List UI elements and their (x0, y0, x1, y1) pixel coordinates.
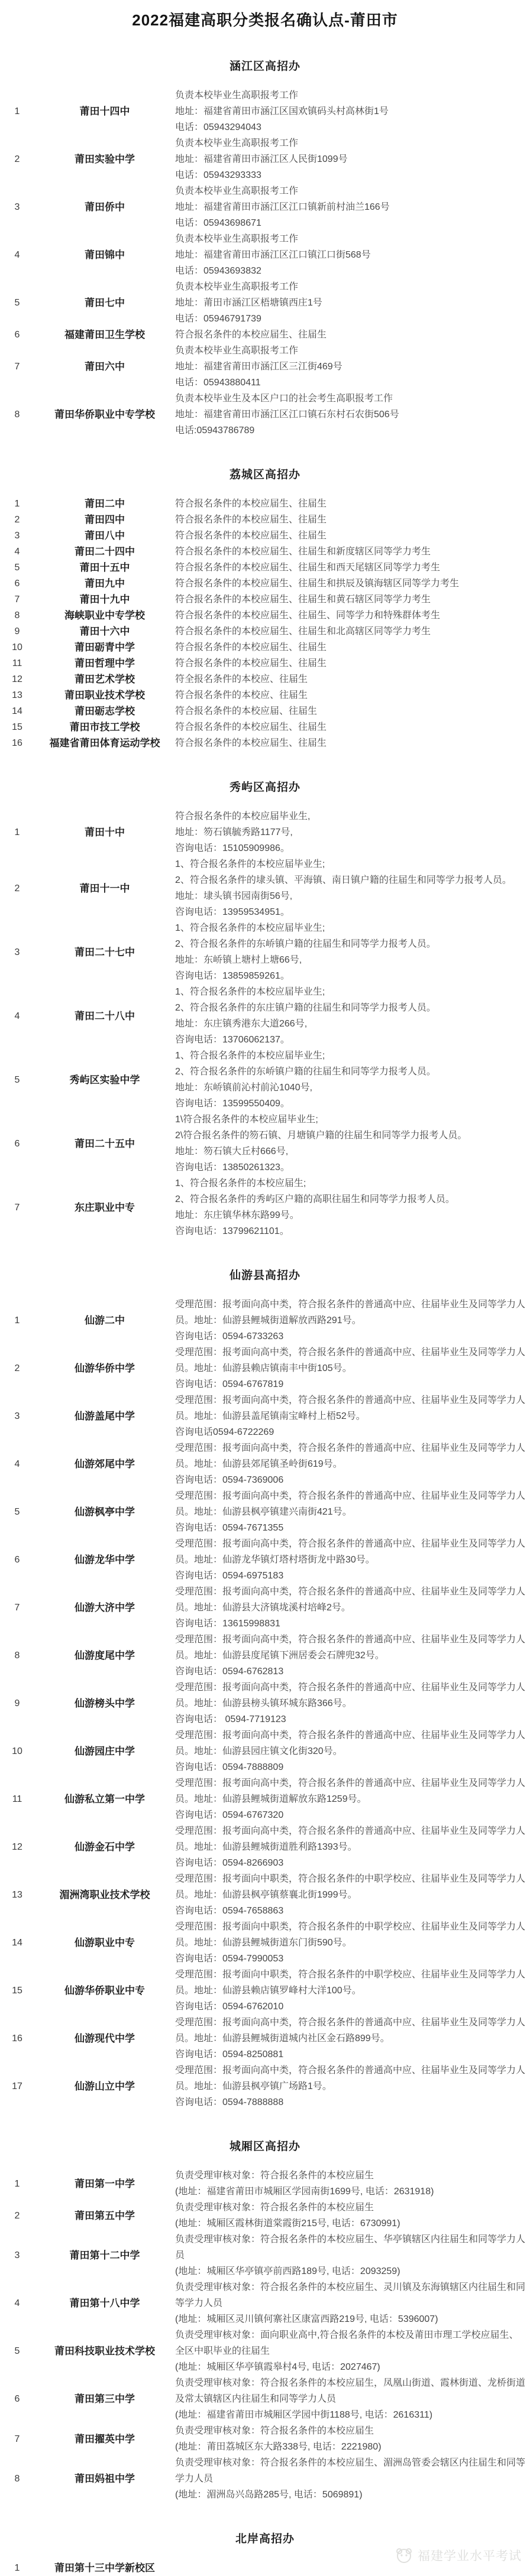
school-name: 莆田十五中 (34, 560, 175, 575)
row-number: 2 (0, 2208, 34, 2224)
table-row: 7莆田擢英中学负责受理审核对象：符合报名条件的本校应届生 (地址：莆田荔城区东大… (0, 2423, 530, 2455)
row-number: 4 (0, 1008, 34, 1024)
row-details: 符合报名条件的本校应届生、往届生 (175, 528, 530, 544)
row-details: 受理范围：报考面向高中类，符合报名条件的普通高中应、往届毕业生及同等学力人员。地… (175, 1536, 530, 1584)
row-details: 符合报名条件的本校应届生、往届生 (175, 512, 530, 528)
detail-line: 咨询电话：13959534951。 (175, 904, 525, 920)
detail-line: 1\符合报名条件的本校应届毕业生; (175, 1112, 525, 1128)
school-name: 莆田第十三中学新校区 (34, 2561, 175, 2575)
table-row: 1莆田十中符合报名条件的本校应届毕业生,地址：笏石镇毓秀路1177号,咨询电话：… (0, 808, 530, 856)
detail-line: 受理范围：报考面向高中类，符合报名条件的普通高中应、往届毕业生及同等学力人员。地… (175, 2015, 525, 2046)
row-number: 2 (0, 881, 34, 896)
school-name: 莆田华侨职业中专学校 (34, 407, 175, 422)
row-details: 受理范围：报考面向中职类，符合报名条件的中职学校应、往届毕业生及同等学力人员。地… (175, 1871, 530, 1919)
row-number: 7 (0, 1600, 34, 1616)
detail-line: 地址：福建省莆田市涵江区江口镇江口街568号 (175, 247, 525, 263)
row-number: 5 (0, 295, 34, 311)
detail-line: 咨询电话：0594-6975183 (175, 1568, 525, 1584)
detail-line: 受理范围：报考面向高中类，符合报名条件的普通高中应、往届毕业生及同等学力人员。地… (175, 1632, 525, 1664)
detail-line: 符合报名条件的本校应届生、往届生 (175, 512, 525, 528)
school-name: 莆田九中 (34, 576, 175, 591)
detail-line: 地址：笏石镇毓秀路1177号, (175, 824, 525, 840)
row-details: 负责本校毕业生及本区户口的社会考生高职报考工作地址：福建省莆田市涵江区江口镇石东… (175, 391, 530, 438)
row-details: 符合报名条件的本校应届生、往届生和北高辖区同等学力考生 (175, 623, 530, 639)
row-details: 负责本校毕业生高职报考工作地址：福建省莆田市涵江区人民街1099号电话：0594… (175, 135, 530, 183)
table-row: 5秀屿区实验中学1、符合报名条件的本校应届毕业生;2、符合报名条件的东峤镇户籍的… (0, 1048, 530, 1112)
table-row: 3莆田二十七中1、符合报名条件的本校应届毕业生;2、符合报名条件的东峤镇户籍的往… (0, 920, 530, 984)
detail-line: 符合报名条件的本校应届生、往届生和新度辖区同等学力考生 (175, 544, 525, 560)
detail-line: 符合报名条件的本校应届生、往届生、同等学力和特殊群体考生 (175, 608, 525, 623)
school-name: 仙游度尾中学 (34, 1648, 175, 1663)
table-row: 6莆田第三中学负责受理审核对象：符合报名条件的本校应届生，凤凰山街道、霞林街道、… (0, 2375, 530, 2423)
table-row: 13湄洲湾职业技术学校受理范围：报考面向中职类，符合报名条件的中职学校应、往届毕… (0, 1871, 530, 1919)
table-row: 3仙游盖尾中学受理范围：报考面向高中类，符合报名条件的普通高中应、往届毕业生及同… (0, 1392, 530, 1440)
row-number: 4 (0, 1456, 34, 1472)
table-row: 14莆田砺志学校符合报名条件的本校应届、往届生 (0, 703, 530, 719)
detail-line: 咨询电话：0594-8266903 (175, 1855, 525, 1871)
row-number: 6 (0, 1552, 34, 1568)
school-name: 莆田二十四中 (34, 544, 175, 559)
row-number: 17 (0, 2078, 34, 2094)
detail-line: (地址：城厢区华亭镇霞皋村4号, 电话：2027467) (175, 2359, 525, 2375)
school-name: 仙游私立第一中学 (34, 1792, 175, 1807)
row-number: 6 (0, 576, 34, 592)
school-name: 仙游二中 (34, 1313, 175, 1328)
table-row: 4莆田第十八中学负责受理审核对象：符合报名条件的本校应届生、灵川镇及东海镇辖区内… (0, 2279, 530, 2327)
row-details: 符合报名条件的本校应届生、往届生 (175, 719, 530, 735)
row-number: 1 (0, 2560, 34, 2576)
school-name: 仙游大济中学 (34, 1600, 175, 1615)
table-row: 15仙游华侨职业中专受理范围：报考面向中职类，符合报名条件的中职学校应、往届毕业… (0, 1967, 530, 2015)
detail-line: 地址：福建省莆田市涵江区江口镇石东村石农街506号 (175, 407, 525, 423)
row-details: 受理范围：报考面向高中类，符合报名条件的普通高中应、往届毕业生及同等学力人员。地… (175, 1680, 530, 1727)
row-details: 负责受理审核对象：符合报名条件的本校应届生 (地址：城厢区霞林街道棠霞街215号… (175, 2200, 530, 2231)
detail-line: 2\符合报名条件的笏石镇、月塘镇户籍的往届生和同等学力报考人员。 (175, 1128, 525, 1144)
detail-line: 地址：笏石镇大丘村666号, (175, 1144, 525, 1159)
row-number: 1 (0, 824, 34, 840)
table-row: 3莆田第十二中学负责受理审核对象：符合报名条件的本校应届生、华亭镇辖区内往届生和… (0, 2231, 530, 2279)
row-number: 1 (0, 2176, 34, 2192)
row-details: 1、符合报名条件的本校应届毕业生;2、符合报名条件的埭头镇、平海镇、南日镇户籍的… (175, 856, 530, 920)
detail-line: 符合报名条件的本校应届生、往届生和黄石辖区同等学力考生 (175, 592, 525, 608)
table-row: 16福建省莆田体育运动学校符合报名条件的本校应届生、往届生 (0, 735, 530, 751)
table-row: 12仙游金石中学受理范围：报考面向高中类，符合报名条件的普通高中应、往届毕业生及… (0, 1823, 530, 1871)
detail-line: 负责本校毕业生高职报考工作 (175, 135, 525, 151)
row-number: 1 (0, 496, 34, 512)
row-details: 负责受理审核对象：符合报名条件的本校应届生、灵川镇及东海镇辖区内往届生和同等学力… (175, 2279, 530, 2327)
detail-line: 受理范围：报考面向中职类，符合报名条件的中职学校应、往届毕业生及同等学力人员。地… (175, 1919, 525, 1951)
school-name: 莆田二十七中 (34, 945, 175, 960)
school-name: 莆田哲理中学 (34, 656, 175, 671)
row-number: 3 (0, 199, 34, 215)
row-number: 8 (0, 608, 34, 623)
detail-line: 咨询电话：0594-7888888 (175, 2094, 525, 2110)
detail-line: 符合报名条件的本校应届生、往届生 (175, 528, 525, 544)
table-row: 8莆田华侨职业中专学校负责本校毕业生及本区户口的社会考生高职报考工作地址：福建省… (0, 391, 530, 438)
row-number: 15 (0, 1983, 34, 1999)
panda-logo-icon (394, 2545, 414, 2565)
row-details: 负责受理审核对象：符合报名条件的本校应届生 (地址：福建省莆田市城厢区学园南街1… (175, 2168, 530, 2200)
table-row: 5莆田科技职业技术学校负责受理审核对象：面向职业高中,符合报名条件的本校及莆田市… (0, 2327, 530, 2375)
detail-line: (地址：城厢区灵川镇何寨社区康富西路219号, 电话：5396007) (175, 2311, 525, 2327)
table-row: 16仙游现代中学受理范围：报考面向高中类，符合报名条件的普通高中应、往届毕业生及… (0, 2015, 530, 2062)
row-number: 3 (0, 1408, 34, 1424)
row-details: 符合报名条件的本校应届生、往届生和拱辰及镇海辖区同等学力考生 (175, 576, 530, 592)
school-name: 莆田第一中学 (34, 2177, 175, 2191)
school-name: 莆田十四中 (34, 104, 175, 119)
detail-line: 咨询电话：13799621101。 (175, 1223, 525, 1239)
table-row: 5莆田十五中符合报名条件的本校应届生、往届生和西天尾辖区同等学力考生 (0, 560, 530, 576)
row-number: 3 (0, 2247, 34, 2263)
school-name: 莆田十六中 (34, 624, 175, 639)
row-details: 受理范围：报考面向高中类，符合报名条件的普通高中应、往届毕业生及同等学力人员。地… (175, 1823, 530, 1871)
row-number: 13 (0, 687, 34, 703)
row-details: 受理范围：报考面向高中类，符合报名条件的普通高中应、往届毕业生及同等学力人员。地… (175, 1727, 530, 1775)
row-number: 5 (0, 1072, 34, 1088)
table-row: 8仙游度尾中学受理范围：报考面向高中类，符合报名条件的普通高中应、往届毕业生及同… (0, 1632, 530, 1680)
row-number: 6 (0, 2391, 34, 2407)
detail-line: 电话：05943293333 (175, 167, 525, 183)
table-row: 5仙游枫亭中学受理范围：报考面向高中类，符合报名条件的普通高中应、往届毕业生及同… (0, 1488, 530, 1536)
table-row: 11莆田哲理中学符合报名条件的本校应届生、往届生 (0, 655, 530, 671)
detail-line: 咨询电话：0594-7658863 (175, 1903, 525, 1919)
school-name: 莆田第十八中学 (34, 2296, 175, 2311)
row-details: 受理范围：报考面向高中类，符合报名条件的普通高中应、往届毕业生及同等学力人员。地… (175, 1392, 530, 1440)
row-details: 受理范围：报考面向高中类，符合报名条件的普通高中应、往届毕业生及同等学力人员。地… (175, 1632, 530, 1680)
table-row: 12莆田艺术学校符全报名条件的本校应、往届生 (0, 671, 530, 687)
detail-line: (地址：莆田荔城区东大路338号, 电话：2221980) (175, 2439, 525, 2455)
school-name: 莆田实验中学 (34, 152, 175, 167)
sections-container: 涵江区高招办1莆田十四中负责本校毕业生高职报考工作地址：福建省莆田市涵江区国欢镇… (0, 57, 530, 2576)
detail-line: 咨询电话： 0594-7719123 (175, 1711, 525, 1727)
table-row: 4莆田二十八中1、符合报名条件的本校应届毕业生;2、符合报名条件的东庄镇户籍的往… (0, 984, 530, 1048)
row-number: 16 (0, 2031, 34, 2046)
table-row: 1莆田十四中负责本校毕业生高职报考工作地址：福建省莆田市涵江区国欢镇码头村高林街… (0, 87, 530, 135)
detail-line: 受理范围：报考面向高中类，符合报名条件的普通高中应、往届毕业生及同等学力人员。地… (175, 1680, 525, 1711)
school-name: 莆田砺青中学 (34, 640, 175, 655)
row-number: 10 (0, 1743, 34, 1759)
detail-line: 地址：东庄镇华林东路99号。 (175, 1207, 525, 1223)
detail-line: 受理范围：报考面向中职类，符合报名条件的中职学校应、往届毕业生及同等学力人员。地… (175, 1871, 525, 1903)
watermark: 福建学业水平考试 (394, 2545, 522, 2565)
detail-line: 负责本校毕业生高职报考工作 (175, 87, 525, 103)
row-number: 15 (0, 719, 34, 735)
row-number: 9 (0, 1695, 34, 1711)
detail-line: 咨询电话：0594-6733263 (175, 1328, 525, 1344)
table-row: 1莆田第一中学负责受理审核对象：符合报名条件的本校应届生 (地址：福建省莆田市城… (0, 2168, 530, 2200)
detail-line: 2、符合报名条件的秀屿区户籍的高职往届生和同等学力报考人员。 (175, 1191, 525, 1207)
detail-line: 负责本校毕业生及本区户口的社会考生高职报考工作 (175, 391, 525, 407)
row-details: 受理范围：报考面向高中类，符合报名条件的普通高中应、往届毕业生及同等学力人员。地… (175, 1584, 530, 1632)
detail-line: 符合报名条件的本校应届生、往届生和西天尾辖区同等学力考生 (175, 560, 525, 576)
detail-line: 2、符合报名条件的埭头镇、平海镇、南日镇户籍的往届生和同等学力报考人员。 (175, 872, 525, 888)
detail-line: 符全报名条件的本校应、往届生 (175, 671, 525, 687)
detail-line: 受理范围：报考面向高中类，符合报名条件的普通高中应、往届毕业生及同等学力人员。地… (175, 1297, 525, 1328)
detail-line: 受理范围：报考面向高中类，符合报名条件的普通高中应、往届毕业生及同等学力人员。地… (175, 2062, 525, 2094)
detail-line: 负责本校毕业生高职报考工作 (175, 183, 525, 199)
detail-line: 符合报名条件的本校应届毕业生, (175, 808, 525, 824)
detail-line: 受理范围：报考面向高中类，符合报名条件的普通高中应、往届毕业生及同等学力人员。地… (175, 1440, 525, 1472)
school-name: 莆田市技工学校 (34, 720, 175, 735)
table-row: 14仙游职业中专受理范围：报考面向中职类，符合报名条件的中职学校应、往届毕业生及… (0, 1919, 530, 1967)
detail-line: 符合报名条件的本校应届生、往届生 (175, 327, 525, 343)
detail-line: 地址：福建省莆田市涵江区江口镇新前村油兰166号 (175, 199, 525, 215)
table-row: 17仙游山立中学受理范围：报考面向高中类，符合报名条件的普通高中应、往届毕业生及… (0, 2062, 530, 2110)
detail-line: (地址：福建省莆田市城厢区学园南街1699号, 电话：2631918) (175, 2184, 525, 2200)
table-row: 8海峡职业中专学校符合报名条件的本校应届生、往届生、同等学力和特殊群体考生 (0, 608, 530, 623)
row-details: 1\符合报名条件的本校应届毕业生;2\符合报名条件的笏石镇、月塘镇户籍的往届生和… (175, 1112, 530, 1175)
row-number: 11 (0, 1791, 34, 1807)
table-row: 8莆田妈祖中学负责受理审核对象：符合报名条件的本校应届生、湄洲岛管委会辖区内往届… (0, 2455, 530, 2503)
row-details: 符合报名条件的本校应届生、往届生 (175, 735, 530, 751)
row-details: 符合报名条件的本校应届生、往届生 (175, 639, 530, 655)
row-details: 受理范围：报考面向中职类，符合报名条件的中职学校应、往届毕业生及同等学力人员。地… (175, 1919, 530, 1967)
school-name: 仙游园庄中学 (34, 1744, 175, 1759)
row-number: 8 (0, 1648, 34, 1664)
table-row: 9仙游榜头中学受理范围：报考面向高中类，符合报名条件的普通高中应、往届毕业生及同… (0, 1680, 530, 1727)
row-number: 16 (0, 735, 34, 751)
school-name: 仙游龙华中学 (34, 1552, 175, 1567)
section-header: 城厢区高招办 (0, 2138, 530, 2153)
detail-line: (地址：福建省莆田市城厢区学园中街1188号, 电话：2616311) (175, 2407, 525, 2423)
row-number: 12 (0, 1839, 34, 1855)
school-name: 仙游枫亭中学 (34, 1505, 175, 1519)
row-number: 14 (0, 703, 34, 719)
school-name: 仙游盖尾中学 (34, 1409, 175, 1424)
detail-line: 咨询电话：0594-8250881 (175, 2046, 525, 2062)
table-row: 2莆田实验中学负责本校毕业生高职报考工作地址：福建省莆田市涵江区人民街1099号… (0, 135, 530, 183)
school-name: 仙游华侨中学 (34, 1361, 175, 1376)
row-details: 符合报名条件的本校应届、往届生 (175, 703, 530, 719)
row-number: 14 (0, 1935, 34, 1951)
school-name: 莆田二中 (34, 496, 175, 511)
row-details: 负责本校毕业生高职报考工作地址：福建省莆田市涵江区三江街469号电话：05943… (175, 343, 530, 391)
detail-line: 受理范围：报考面向高中类，符合报名条件的普通高中应、往届毕业生及同等学力人员。地… (175, 1823, 525, 1855)
detail-line: 咨询电话：13850261323。 (175, 1159, 525, 1175)
row-number: 1 (0, 1313, 34, 1328)
row-details: 1、符合报名条件的本校应届毕业生;2、符合报名条件的东庄镇户籍的往届生和同等学力… (175, 984, 530, 1048)
detail-line: 地址：福建省莆田市涵江区三江街469号 (175, 359, 525, 375)
row-details: 负责本校毕业生高职报考工作地址：莆田市涵江区梧塘镇西庄1号电话：05946791… (175, 279, 530, 327)
table-row: 7东庄职业中专1、符合报名条件的本校应届生;2、符合报名条件的秀屿区户籍的高职往… (0, 1175, 530, 1239)
detail-line: 负责本校毕业生高职报考工作 (175, 279, 525, 295)
detail-line: 受理范围：报考面向高中类，符合报名条件的普通高中应、往届毕业生及同等学力人员。地… (175, 1344, 525, 1376)
school-name: 仙游职业中专 (34, 1935, 175, 1950)
detail-line: 符合报名条件的本校应届生、往届生和北高辖区同等学力考生 (175, 623, 525, 639)
section-header: 北岸高招办 (0, 2530, 530, 2546)
school-name: 莆田第五中学 (34, 2208, 175, 2223)
table-row: 9莆田十六中符合报名条件的本校应届生、往届生和北高辖区同等学力考生 (0, 623, 530, 639)
table-row: 2仙游华侨中学受理范围：报考面向高中类，符合报名条件的普通高中应、往届毕业生及同… (0, 1344, 530, 1392)
detail-line: 电话：05943698671 (175, 215, 525, 231)
row-details: 负责本校毕业生高职报考工作地址：福建省莆田市涵江区江口镇新前村油兰166号电话：… (175, 183, 530, 231)
table-row: 6福建莆田卫生学校符合报名条件的本校应届生、往届生 (0, 327, 530, 343)
row-number: 3 (0, 944, 34, 960)
detail-line: 符合报名条件的本校应届生、往届生 (175, 655, 525, 671)
row-details: 负责受理审核对象：符合报名条件的本校应届生，凤凰山街道、霞林街道、龙桥街道及常太… (175, 2375, 530, 2423)
row-number: 6 (0, 327, 34, 343)
detail-line: 符合报名条件的本校应届生、往届生和拱辰及镇海辖区同等学力考生 (175, 576, 525, 592)
row-number: 6 (0, 1136, 34, 1152)
detail-line: 咨询电话：13599550409。 (175, 1096, 525, 1112)
detail-line: 咨询电话：0594-6767320 (175, 1807, 525, 1823)
table-row: 4莆田锦中负责本校毕业生高职报考工作地址：福建省莆田市涵江区江口镇江口街568号… (0, 231, 530, 279)
row-details: 受理范围：报考面向高中类，符合报名条件的普通高中应、往届毕业生及同等学力人员。地… (175, 1344, 530, 1392)
detail-line: 负责受理审核对象：符合报名条件的本校应届生 (175, 2200, 525, 2216)
detail-line: 咨询电话：13859859261。 (175, 968, 525, 984)
row-details: 符合报名条件的本校应届生、往届生 (175, 496, 530, 512)
detail-line: 地址：东峤镇前沁村前沁1040号, (175, 1080, 525, 1096)
row-number: 5 (0, 1504, 34, 1520)
table-row: 10莆田砺青中学符合报名条件的本校应届生、往届生 (0, 639, 530, 655)
detail-line: 咨询电话：0594-6767819 (175, 1376, 525, 1392)
section-header: 涵江区高招办 (0, 57, 530, 73)
row-number: 8 (0, 407, 34, 423)
row-number: 4 (0, 544, 34, 560)
school-name: 莆田十九中 (34, 592, 175, 607)
table-row: 1莆田二中符合报名条件的本校应届生、往届生 (0, 496, 530, 512)
school-name: 莆田二十八中 (34, 1009, 175, 1024)
detail-line: 地址：东峤镇上塘村上塘66号, (175, 952, 525, 968)
detail-line: 电话：05943294043 (175, 119, 525, 135)
detail-line: 地址：福建省莆田市涵江区人民街1099号 (175, 151, 525, 167)
detail-line: 负责受理审核对象：符合报名条件的本校应届生、华亭镇辖区内往届生和同等学力人员 (175, 2231, 525, 2263)
school-name: 莆田十中 (34, 825, 175, 840)
school-name: 海峡职业中专学校 (34, 608, 175, 623)
detail-line: 受理范围：报考面向高中类，符合报名条件的普通高中应、往届毕业生及同等学力人员。地… (175, 1488, 525, 1520)
row-details: 受理范围：报考面向高中类，符合报名条件的普通高中应、往届毕业生及同等学力人员。地… (175, 2015, 530, 2062)
detail-line: 符合报名条件的本校应届生、往届生 (175, 719, 525, 735)
table-row: 5莆田七中负责本校毕业生高职报考工作地址：莆田市涵江区梧塘镇西庄1号电话：059… (0, 279, 530, 327)
page-title: 2022福建高职分类报名确认点-莆田市 (0, 8, 530, 30)
detail-line: 1、符合报名条件的本校应届毕业生; (175, 920, 525, 936)
school-name: 仙游榜头中学 (34, 1696, 175, 1711)
school-name: 秀屿区实验中学 (34, 1073, 175, 1087)
section-header: 仙游县高招办 (0, 1266, 530, 1282)
detail-line: 负责本校毕业生高职报考工作 (175, 231, 525, 247)
detail-line: 受理范围：报考面向高中类，符合报名条件的普通高中应、往届毕业生及同等学力人员。地… (175, 1775, 525, 1807)
row-number: 4 (0, 247, 34, 263)
detail-line: 咨询电话：0594-7990053 (175, 1951, 525, 1967)
school-name: 莆田八中 (34, 528, 175, 543)
school-name: 莆田第三中学 (34, 2392, 175, 2406)
school-name: 莆田十一中 (34, 881, 175, 896)
table-row: 2莆田四中符合报名条件的本校应届生、往届生 (0, 512, 530, 528)
table-row: 2莆田第五中学负责受理审核对象：符合报名条件的本校应届生 (地址：城厢区霞林街道… (0, 2200, 530, 2231)
table-row: 2莆田十一中1、符合报名条件的本校应届毕业生;2、符合报名条件的埭头镇、平海镇、… (0, 856, 530, 920)
school-name: 福建省莆田体育运动学校 (34, 736, 175, 751)
detail-line: 受理范围：报考面向高中类，符合报名条件的普通高中应、往届毕业生及同等学力人员。地… (175, 1584, 525, 1616)
school-name: 莆田七中 (34, 295, 175, 310)
row-number: 2 (0, 1360, 34, 1376)
detail-line: 咨询电话：0594-6762010 (175, 1999, 525, 2015)
detail-line: 1、符合报名条件的本校应届毕业生; (175, 856, 525, 872)
detail-line: 咨询电话：13615998831 (175, 1616, 525, 1632)
detail-line: 符合报名条件的本校应届生、往届生 (175, 496, 525, 512)
row-details: 受理范围：报考面向中职类，符合报名条件的中职学校应、往届毕业生及同等学力人员。地… (175, 1967, 530, 2015)
detail-line: (地址：湄洲岛兴岛路285号, 电话：5069891) (175, 2487, 525, 2503)
detail-line: 1、符合报名条件的本校应届毕业生; (175, 984, 525, 1000)
detail-line: 负责受理审核对象：符合报名条件的本校应届生、湄洲岛管委会辖区内往届生和同等学力人… (175, 2455, 525, 2487)
school-name: 福建莆田卫生学校 (34, 327, 175, 342)
school-name: 莆田二十五中 (34, 1136, 175, 1151)
detail-line: 受理范围：报考面向高中类，符合报名条件的普通高中应、往届毕业生及同等学力人员。地… (175, 1536, 525, 1568)
row-number: 7 (0, 592, 34, 608)
table-row: 7仙游大济中学受理范围：报考面向高中类，符合报名条件的普通高中应、往届毕业生及同… (0, 1584, 530, 1632)
row-details: 受理范围：报考面向高中类，符合报名条件的普通高中应、往届毕业生及同等学力人员。地… (175, 1297, 530, 1344)
watermark-text: 福建学业水平考试 (418, 2546, 522, 2564)
detail-line: 咨询电话：0594-7671355 (175, 1520, 525, 1536)
row-number: 8 (0, 2471, 34, 2487)
school-name: 莆田妈祖中学 (34, 2471, 175, 2486)
row-details: 负责受理审核对象：符合报名条件的本校应届生、湄洲岛管委会辖区内往届生和同等学力人… (175, 2455, 530, 2503)
row-details: 受理范围：报考面向高中类，符合报名条件的普通高中应、往届毕业生及同等学力人员。地… (175, 1440, 530, 1488)
detail-line: 2、符合报名条件的东峤镇户籍的往届生和同等学力报考人员。 (175, 1064, 525, 1080)
school-name: 莆田艺术学校 (34, 672, 175, 687)
detail-line: 符合报名条件的本校应届、往届生 (175, 703, 525, 719)
detail-line: 负责受理审核对象：符合报名条件的本校应届生、灵川镇及东海镇辖区内往届生和同等学力… (175, 2279, 525, 2311)
row-number: 7 (0, 1200, 34, 1216)
row-details: 符合报名条件的本校应届生、往届生和黄石辖区同等学力考生 (175, 592, 530, 608)
row-details: 符合报名条件的本校应届生、往届生和西天尾辖区同等学力考生 (175, 560, 530, 576)
row-number: 13 (0, 1887, 34, 1903)
detail-line: 咨询电话0594-6722269 (175, 1424, 525, 1440)
school-name: 莆田侨中 (34, 200, 175, 215)
row-details: 受理范围：报考面向高中类，符合报名条件的普通高中应、往届毕业生及同等学力人员。地… (175, 2062, 530, 2110)
row-number: 9 (0, 623, 34, 639)
detail-line: 地址：东庄镇秀港东大道266号, (175, 1016, 525, 1032)
school-name: 莆田职业技术学校 (34, 688, 175, 703)
detail-line: 地址：莆田市涵江区梧塘镇西庄1号 (175, 295, 525, 311)
table-row: 4莆田二十四中符合报名条件的本校应届生、往届生和新度辖区同等学力考生 (0, 544, 530, 560)
detail-line: 负责受理审核对象：面向职业高中,符合报名条件的本校及莆田市理工学校应届生、全区中… (175, 2327, 525, 2359)
table-row: 1仙游二中受理范围：报考面向高中类，符合报名条件的普通高中应、往届毕业生及同等学… (0, 1297, 530, 1344)
section-header: 荔城区高招办 (0, 466, 530, 482)
detail-line: (地址：城厢区华亭镇亭前西路189号, 电话：2093259) (175, 2263, 525, 2279)
table-row: 11仙游私立第一中学受理范围：报考面向高中类，符合报名条件的普通高中应、往届毕业… (0, 1775, 530, 1823)
school-name: 莆田砺志学校 (34, 704, 175, 719)
detail-line: 2、符合报名条件的东庄镇户籍的往届生和同等学力报考人员。 (175, 1000, 525, 1016)
detail-line: 咨询电话：0594-7369006 (175, 1472, 525, 1488)
detail-line: 受理范围：报考面向高中类，符合报名条件的普通高中应、往届毕业生及同等学力人员。地… (175, 1392, 525, 1424)
detail-line: 咨询电话：13706062137。 (175, 1032, 525, 1048)
school-name: 莆田四中 (34, 512, 175, 527)
row-details: 符合报名条件的本校应届生、往届生、同等学力和特殊群体考生 (175, 608, 530, 623)
table-row: 6仙游龙华中学受理范围：报考面向高中类，符合报名条件的普通高中应、往届毕业生及同… (0, 1536, 530, 1584)
table-row: 13莆田职业技术学校符合报名条件的本校应、往届生 (0, 687, 530, 703)
row-number: 10 (0, 639, 34, 655)
table-row: 3莆田八中符合报名条件的本校应届生、往届生 (0, 528, 530, 544)
detail-line: 受理范围：报考面向中职类，符合报名条件的中职学校应、往届毕业生及同等学力人员。地… (175, 1967, 525, 1999)
detail-line: (地址：城厢区霞林街道棠霞街215号, 电话：6730991) (175, 2216, 525, 2231)
row-number: 5 (0, 560, 34, 576)
row-details: 受理范围：报考面向高中类，符合报名条件的普通高中应、往届毕业生及同等学力人员。地… (175, 1775, 530, 1823)
row-number: 3 (0, 528, 34, 544)
row-details: 符全报名条件的本校应、往届生 (175, 671, 530, 687)
detail-line: 电话：05946791739 (175, 311, 525, 327)
detail-line: 负责受理审核对象：符合报名条件的本校应届生，凤凰山街道、霞林街道、龙桥街道及常太… (175, 2375, 525, 2407)
school-name: 莆田擢英中学 (34, 2432, 175, 2447)
section-header: 秀屿区高招办 (0, 778, 530, 794)
row-details: 受理范围：报考面向高中类，符合报名条件的普通高中应、往届毕业生及同等学力人员。地… (175, 1488, 530, 1536)
table-row: 6莆田二十五中1\符合报名条件的本校应届毕业生;2\符合报名条件的笏石镇、月塘镇… (0, 1112, 530, 1175)
row-number: 12 (0, 671, 34, 687)
detail-line: 受理范围：报考面向高中类，符合报名条件的普通高中应、往届毕业生及同等学力人员。地… (175, 1727, 525, 1759)
row-details: 负责本校毕业生高职报考工作地址：福建省莆田市涵江区江口镇江口街568号电话：05… (175, 231, 530, 279)
detail-line: 符合报名条件的本校应届生、往届生 (175, 735, 525, 751)
detail-line: 负责受理审核对象：符合报名条件的本校应届生 (175, 2168, 525, 2184)
school-name: 莆田锦中 (34, 248, 175, 262)
